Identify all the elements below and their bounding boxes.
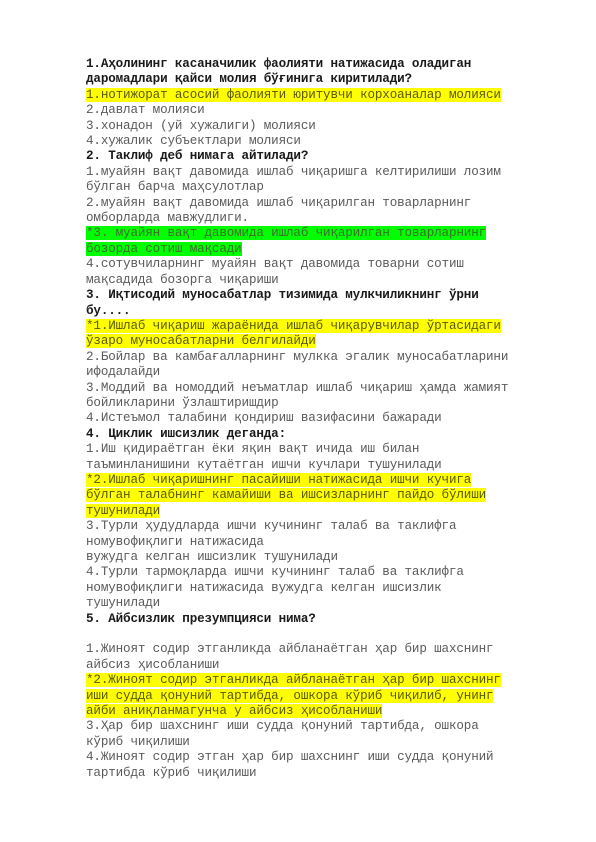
answer-text: номувофиқлиги натижасида вужудга келган …: [86, 581, 556, 596]
answer-text: *1.Ишлаб чиқариш жараёнида ишлаб чиқарув…: [86, 319, 556, 334]
answer-line: 2.муайян вақт давомида ишлаб чиқарилган …: [86, 196, 471, 210]
answer-line: 3.Ҳар бир шахснинг иши судда қонуний тар…: [86, 719, 479, 733]
answer-line: 4.Турли тармоқларда ишчи кучининг талаб …: [86, 565, 464, 579]
question-text: 2. Таклиф деб нимага айтилади?: [86, 149, 556, 164]
answer-text: иши судда қонуний тартибда, ошкора кўриб…: [86, 689, 556, 704]
answer-option: 4.Турли тармоқларда ишчи кучининг талаб …: [86, 565, 556, 611]
highlight-yellow: *2.Жиноят содир этганликда айбланаётган …: [86, 673, 501, 687]
highlight-yellow: ўзаро муносабатларни белгилайди: [86, 334, 316, 348]
answer-option: 3.хонадон (уй хужалиги) молияси: [86, 119, 556, 134]
answer-text: 2.давлат молияси: [86, 103, 556, 118]
answer-text: 2.Бойлар ва камбағалларнинг мулкка эгали…: [86, 350, 556, 365]
answer-text: бўлган барча маҳсулотлар: [86, 180, 556, 195]
answer-text: 3.Турли ҳудудларда ишчи кучининг талаб в…: [86, 519, 556, 534]
answer-line: 4.Истеъмол талабини қондириш вазифасини …: [86, 411, 442, 425]
answer-line: кўриб чиқилиши: [86, 735, 190, 749]
answer-option-highlighted: *3. муайян вақт давомида ишлаб чиқарилга…: [86, 226, 556, 257]
answer-option: 4.хужалик субъектлари молияси: [86, 134, 556, 149]
answer-text: 3.Моддий ва номоддий неъматлар ишлаб чиқ…: [86, 381, 556, 396]
answer-line: вужудга келган ишсизлик тушунилади: [86, 550, 338, 564]
answer-option: 1.Жиноят содир этганликда айбланаётган ҳ…: [86, 642, 556, 673]
question-text: бу....: [86, 304, 556, 319]
answer-option-highlighted: *2.Ишлаб чиқаришнинг пасайиши натижасида…: [86, 473, 556, 519]
answer-text: кўриб чиқилиши: [86, 735, 556, 750]
question-text: 5. Айбсизлик презумпцияси нима?: [86, 612, 556, 627]
highlight-yellow: *2.Ишлаб чиқаришнинг пасайиши натижасида…: [86, 473, 471, 487]
answer-option: 4.сотувчиларнинг муайян вақт давомида то…: [86, 257, 556, 288]
highlight-green: бозорда сотиш мақсади: [86, 242, 242, 256]
highlight-yellow: тушунилади: [86, 504, 160, 518]
question-block: 1.Аҳолининг касаначилик фаолияти натижас…: [86, 57, 556, 149]
answer-text: омборларда мавжудлиги.: [86, 211, 556, 226]
question-block: 4. Циклик ишсизлик деганда:1.Иш қидираёт…: [86, 427, 556, 612]
answer-line: 3.Турли ҳудудларда ишчи кучининг талаб в…: [86, 519, 456, 533]
answer-line: таъминланишини кутаётган ишчи кучлари ту…: [86, 458, 442, 472]
answer-line: 1.Жиноят содир этганликда айбланаётган ҳ…: [86, 642, 493, 656]
answer-line: номувофиқлиги натижасида: [86, 535, 264, 549]
question-text: 4. Циклик ишсизлик деганда:: [86, 427, 556, 442]
answer-text: бўлган талабнинг камайиши ва ишсизларнин…: [86, 488, 556, 503]
answer-line: 2.Бойлар ва камбағалларнинг мулкка эгали…: [86, 350, 508, 364]
answer-text: 1.Иш қидираётган ёки яқин вақт ичида иш …: [86, 442, 556, 457]
answer-line: ифодалайди: [86, 365, 160, 379]
answer-line: 3.хонадон (уй хужалиги) молияси: [86, 119, 316, 133]
answer-option: 2.Бойлар ва камбағалларнинг мулкка эгали…: [86, 350, 556, 381]
answer-text: ифодалайди: [86, 365, 556, 380]
answer-option: 3.Турли ҳудудларда ишчи кучининг талаб в…: [86, 519, 556, 565]
answer-text: мақсадида бозорга чиқариши: [86, 273, 556, 288]
highlight-yellow: иши судда қонуний тартибда, ошкора кўриб…: [86, 689, 493, 703]
answer-line: 4.Жиноят содир этган ҳар бир шахснинг иш…: [86, 750, 493, 764]
answer-option-highlighted: *2.Жиноят содир этганликда айбланаётган …: [86, 673, 556, 719]
answer-option-highlighted: 1.нотижорат асосий фаолияти юритувчи кор…: [86, 88, 556, 103]
answer-line: 4.сотувчиларнинг муайян вақт давомида то…: [86, 257, 464, 271]
answer-option: 1.муайян вақт давомида ишлаб чиқаришга к…: [86, 165, 556, 196]
answer-option: 4.Жиноят содир этган ҳар бир шахснинг иш…: [86, 750, 556, 781]
highlight-yellow: 1.нотижорат асосий фаолияти юритувчи кор…: [86, 88, 501, 102]
answer-line: 2.давлат молияси: [86, 103, 205, 117]
question-block: 3. Иқтисодий муносабатлар тизимида мулкч…: [86, 288, 556, 427]
answer-line: номувофиқлиги натижасида вужудга келган …: [86, 581, 442, 595]
answer-text: 2.муайян вақт давомида ишлаб чиқарилган …: [86, 196, 556, 211]
highlight-yellow: бўлган талабнинг камайиши ва ишсизларнин…: [86, 488, 486, 502]
answer-text: бозорда сотиш мақсади: [86, 242, 556, 257]
answer-text: номувофиқлиги натижасида: [86, 535, 556, 550]
answer-option: 3.Ҳар бир шахснинг иши судда қонуний тар…: [86, 719, 556, 750]
answer-text: бойликларини ўзлаштиришдир: [86, 396, 556, 411]
document-page: 1.Аҳолининг касаначилик фаолияти натижас…: [86, 57, 556, 781]
answer-line: омборларда мавжудлиги.: [86, 211, 249, 225]
answer-option: 2.муайян вақт давомида ишлаб чиқарилган …: [86, 196, 556, 227]
highlight-yellow: айби аниқланмагунча у айбсиз ҳисобланиши: [86, 704, 382, 718]
answer-text: 4.Жиноят содир этган ҳар бир шахснинг иш…: [86, 750, 556, 765]
question-block: 2. Таклиф деб нимага айтилади?1.муайян в…: [86, 149, 556, 288]
answer-text: 1.Жиноят содир этганликда айбланаётган ҳ…: [86, 642, 556, 657]
answer-text: тушунилади: [86, 504, 556, 519]
answer-line: тартибда кўриб чиқилиши: [86, 766, 256, 780]
answer-line: тушунилади: [86, 596, 160, 610]
answer-text: 4.сотувчиларнинг муайян вақт давомида то…: [86, 257, 556, 272]
question-block: 5. Айбсизлик презумпцияси нима?1.Жиноят …: [86, 612, 556, 781]
answer-text: айби аниқланмагунча у айбсиз ҳисобланиши: [86, 704, 556, 719]
answer-line: бўлган барча маҳсулотлар: [86, 180, 264, 194]
answer-text: 4.Турли тармоқларда ишчи кучининг талаб …: [86, 565, 556, 580]
blank-line: [86, 627, 556, 642]
question-text: 3. Иқтисодий муносабатлар тизимида мулкч…: [86, 288, 556, 303]
answer-line: айбсиз ҳисобланиши: [86, 658, 219, 672]
answer-option: 1.Иш қидираётган ёки яқин вақт ичида иш …: [86, 442, 556, 473]
answer-line: 4.хужалик субъектлари молияси: [86, 134, 301, 148]
answer-text: *2.Жиноят содир этганликда айбланаётган …: [86, 673, 556, 688]
answer-text: 4.Истеъмол талабини қондириш вазифасини …: [86, 411, 556, 426]
answer-line: 3.Моддий ва номоддий неъматлар ишлаб чиқ…: [86, 381, 508, 395]
answer-text: *2.Ишлаб чиқаришнинг пасайиши натижасида…: [86, 473, 556, 488]
answer-text: 3.хонадон (уй хужалиги) молияси: [86, 119, 556, 134]
answer-text: вужудга келган ишсизлик тушунилади: [86, 550, 556, 565]
answer-option: 2.давлат молияси: [86, 103, 556, 118]
answer-line: бойликларини ўзлаштиришдир: [86, 396, 279, 410]
question-text: даромадлари қайси молия бўғинига киритил…: [86, 72, 556, 87]
answer-text: *3. муайян вақт давомида ишлаб чиқарилга…: [86, 226, 556, 241]
answer-option: 3.Моддий ва номоддий неъматлар ишлаб чиқ…: [86, 381, 556, 412]
answer-text: айбсиз ҳисобланиши: [86, 658, 556, 673]
answer-option-highlighted: *1.Ишлаб чиқариш жараёнида ишлаб чиқарув…: [86, 319, 556, 350]
answer-text: ўзаро муносабатларни белгилайди: [86, 334, 556, 349]
answer-text: тартибда кўриб чиқилиши: [86, 766, 556, 781]
answer-line: 1.Иш қидираётган ёки яқин вақт ичида иш …: [86, 442, 419, 456]
highlight-yellow: *1.Ишлаб чиқариш жараёнида ишлаб чиқарув…: [86, 319, 501, 333]
question-text: 1.Аҳолининг касаначилик фаолияти натижас…: [86, 57, 556, 72]
answer-line: 1.муайян вақт давомида ишлаб чиқаришга к…: [86, 165, 501, 179]
answer-text: 3.Ҳар бир шахснинг иши судда қонуний тар…: [86, 719, 556, 734]
answer-line: мақсадида бозорга чиқариши: [86, 273, 279, 287]
answer-text: таъминланишини кутаётган ишчи кучлари ту…: [86, 458, 556, 473]
answer-text: 4.хужалик субъектлари молияси: [86, 134, 556, 149]
answer-option: 4.Истеъмол талабини қондириш вазифасини …: [86, 411, 556, 426]
highlight-green: *3. муайян вақт давомида ишлаб чиқарилга…: [86, 226, 486, 240]
answer-text: тушунилади: [86, 596, 556, 611]
answer-text: 1.нотижорат асосий фаолияти юритувчи кор…: [86, 88, 556, 103]
answer-text: 1.муайян вақт давомида ишлаб чиқаришга к…: [86, 165, 556, 180]
